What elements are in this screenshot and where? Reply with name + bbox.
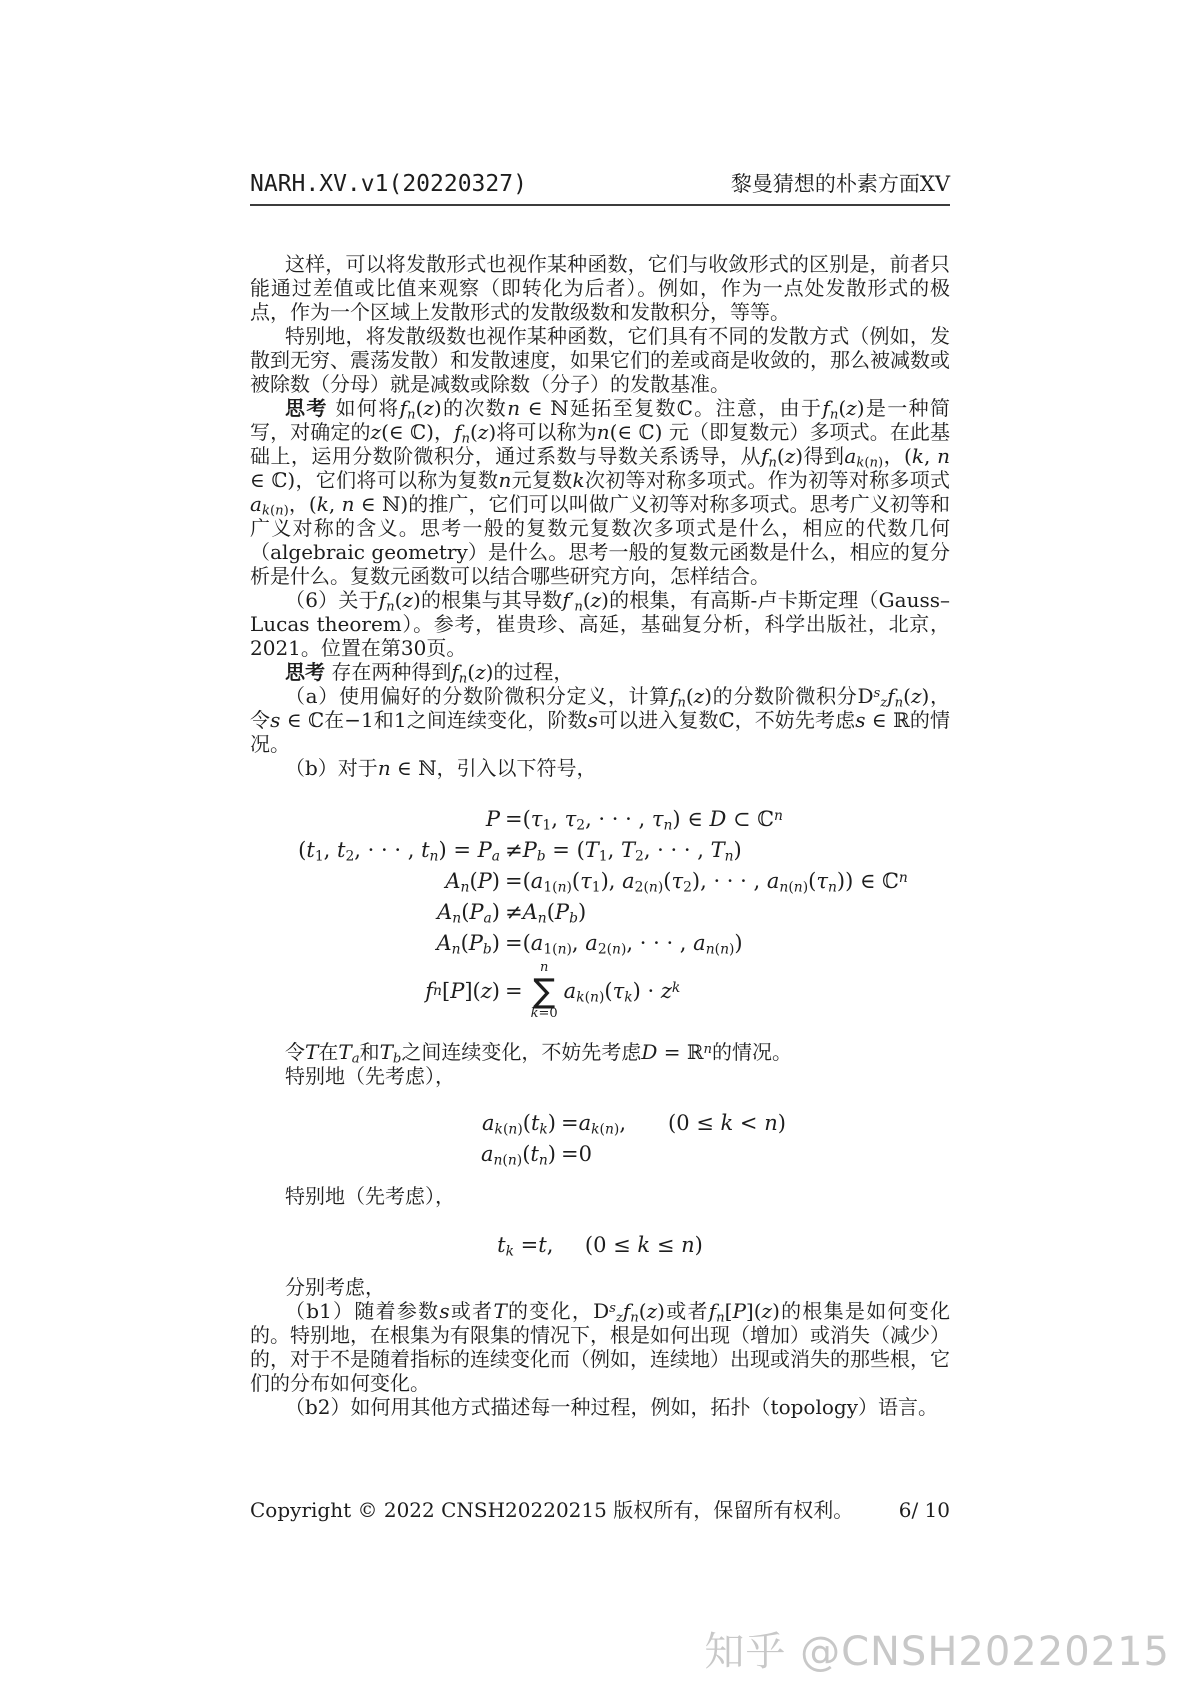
equation-block-1: P=(τ1, τ2, · · · , τn) ∈ D ⊂ ℂn(t1, t2, …: [250, 804, 950, 1023]
page-header: NARH.XV.v1(20220327) 黎曼猜想的朴素方面XV: [250, 168, 950, 206]
equation-row: (t1, t2, · · · , tn) = Pa≠Pb = (T1, T2, …: [250, 835, 950, 866]
paragraph-9: 令T在Ta和Tb之间连续变化，不妨先考虑D = ℝn的情况。: [250, 1040, 950, 1064]
equation-row: an(n)(tn)=0: [250, 1139, 950, 1170]
paragraph-10: 特别地（先考虑），: [250, 1064, 950, 1088]
equation-row: fn[P](z)=n∑k=0ak(n)(τk) · zk: [250, 959, 950, 1023]
paragraph-7: （b）对于n ∈ ℕ，引入以下符号，: [250, 756, 950, 780]
page-number: 6/ 10: [899, 1498, 950, 1522]
page-footer: Copyright © 2022 CNSH20220215 版权所有，保留所有权…: [250, 1494, 950, 1523]
paragraph-2: 特别地，将发散级数也视作某种函数，它们具有不同的发散方式（例如，发散到无穷、震荡…: [250, 324, 950, 396]
equation-block-2: ak(n)(tk)=ak(n), (0 ≤ k < n)an(n)(tn)=0: [250, 1108, 950, 1170]
equation-row: An(Pa)≠An(Pb): [250, 897, 950, 928]
equation-centered: tk =t, (0 ≤ k ≤ n): [250, 1230, 950, 1261]
paragraph-14: 分别考虑，: [250, 1275, 950, 1299]
paragraph-5: 思考 存在两种得到fn(z)的过程，: [250, 660, 950, 684]
paragraph-1: 这样，可以将发散形式也视作某种函数，它们与收敛形式的区别是，前者只能通过差值或比…: [250, 252, 950, 324]
equation-row: ak(n)(tk)=ak(n), (0 ≤ k < n): [250, 1108, 950, 1139]
equation-row: An(Pb)=(a1(n), a2(n), · · · , an(n)): [250, 928, 950, 959]
paragraph-6: （a）使用偏好的分数阶微积分定义，计算fn(z)的分数阶微积分Dszfn(z)，…: [250, 684, 950, 756]
document-page: NARH.XV.v1(20220327) 黎曼猜想的朴素方面XV 这样，可以将发…: [0, 0, 1200, 1698]
copyright-text: Copyright © 2022 CNSH20220215 版权所有，保留所有权…: [250, 1494, 853, 1523]
equation-row: P=(τ1, τ2, · · · , τn) ∈ D ⊂ ℂn: [250, 804, 950, 835]
summation-symbol: n∑k=0: [531, 961, 558, 1021]
paragraph-12: 特别地（先考虑），: [250, 1184, 950, 1208]
header-title: 黎曼猜想的朴素方面XV: [731, 168, 950, 198]
watermark: 知乎 @CNSH20220215: [704, 1620, 1170, 1677]
paragraph-4: （6）关于fn(z)的根集与其导数f′n(z)的根集，有高斯-卢卡斯定理（Gau…: [250, 588, 950, 660]
header-version-tag: NARH.XV.v1(20220327): [250, 171, 527, 197]
document-body: 这样，可以将发散形式也视作某种函数，它们与收敛形式的区别是，前者只能通过差值或比…: [250, 252, 950, 1419]
paragraph-15: （b1）随着参数s或者T的变化，Dszfn(z)或者fn[P](z)的根集是如何…: [250, 1299, 950, 1395]
paragraph-3: 思考 如何将fn(z)的次数n ∈ ℕ延拓至复数ℂ。注意，由于fn(z)是一种简…: [250, 396, 950, 588]
equation-row: An(P)=(a1(n)(τ1), a2(n)(τ2), · · · , an(…: [250, 866, 950, 897]
paragraph-16: （b2）如何用其他方式描述每一种过程，例如，拓扑（topology）语言。: [250, 1395, 950, 1419]
